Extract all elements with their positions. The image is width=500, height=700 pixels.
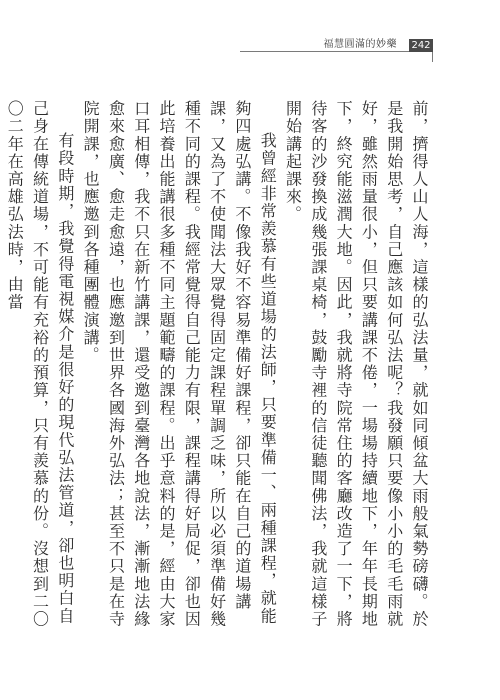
- page-number-badge: 242: [409, 39, 433, 52]
- header-tick-mark: [432, 52, 433, 62]
- running-header-title: 福慧圓滿的妙藥: [324, 39, 398, 51]
- paragraph-2: 我曾經非常羨慕有些道場的法師，只要準備一、兩種課程，就能夠四處弘講。不像我好不容…: [78, 100, 280, 632]
- vertical-body-text: 前，擠得人山人海，這樣的弘法量，就如同傾盆大雨般氣勢磅礴。於是我開始思考，自己應…: [80, 100, 432, 632]
- paragraph-1: 前，擠得人山人海，這樣的弘法量，就如同傾盆大雨般氣勢磅礴。於是我開始思考，自己應…: [280, 100, 432, 632]
- header-rule: [240, 51, 433, 52]
- paragraph-3: 有段時期，我覺得電視媒介是很好的現代弘法管道，卻也明白自己身在傳統道場，不可能有…: [2, 100, 78, 632]
